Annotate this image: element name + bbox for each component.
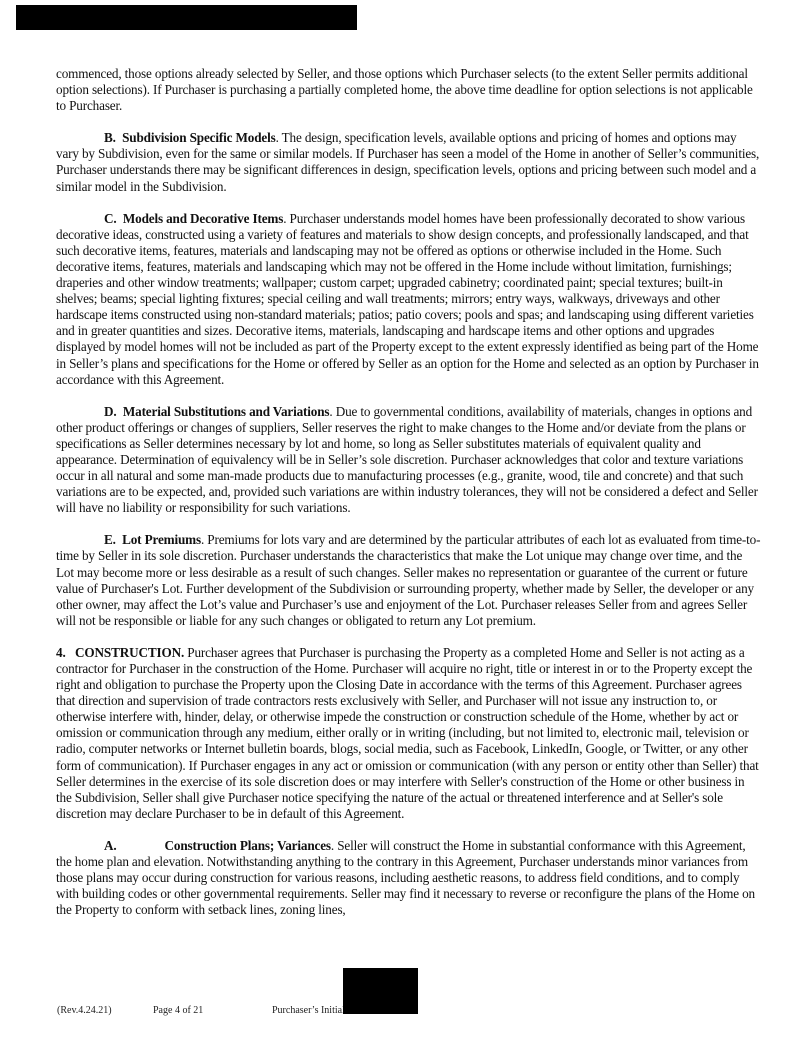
article-4-number: 4. <box>56 645 66 660</box>
redaction-box-initials <box>343 968 418 1014</box>
section-c-heading: Models and Decorative Items <box>123 211 283 226</box>
article-4-paragraph: 4. CONSTRUCTION. Purchaser agrees that P… <box>56 645 762 822</box>
section-d-heading: Material Substitutions and Variations <box>123 404 330 419</box>
subsection-a-paragraph: A.Construction Plans; Variances. Seller … <box>56 838 762 918</box>
article-4-body: Purchaser agrees that Purchaser is purch… <box>56 645 759 821</box>
document-body: commenced, those options already selecte… <box>56 66 762 934</box>
continuation-paragraph: commenced, those options already selecte… <box>56 66 762 114</box>
subsection-a-body: . Seller will construct the Home in subs… <box>56 838 755 917</box>
section-c-paragraph: C. Models and Decorative Items. Purchase… <box>56 211 762 388</box>
section-d-paragraph: D. Material Substitutions and Variations… <box>56 404 762 517</box>
redaction-box-header <box>16 5 357 30</box>
section-d-body: . Due to governmental conditions, availa… <box>56 404 758 516</box>
section-c-body: . Purchaser understands model homes have… <box>56 211 759 387</box>
section-d-label: D. <box>104 404 117 419</box>
subsection-a-heading: Construction Plans; Variances <box>165 838 331 853</box>
article-4-heading: CONSTRUCTION. <box>75 645 184 660</box>
section-b-label: B. <box>104 130 116 145</box>
section-e-heading: Lot Premiums <box>122 532 201 547</box>
footer-revision: (Rev.4.24.21) <box>57 1005 112 1016</box>
section-e-paragraph: E. Lot Premiums. Premiums for lots vary … <box>56 532 762 629</box>
footer-page-number: Page 4 of 21 <box>153 1005 203 1016</box>
subsection-a-label: A. <box>104 838 117 853</box>
footer-initials-label: Purchaser’s Initials <box>272 1005 349 1016</box>
section-b-paragraph: B. Subdivision Specific Models. The desi… <box>56 130 762 194</box>
section-c-label: C. <box>104 211 117 226</box>
section-e-label: E. <box>104 532 116 547</box>
section-b-heading: Subdivision Specific Models <box>122 130 276 145</box>
